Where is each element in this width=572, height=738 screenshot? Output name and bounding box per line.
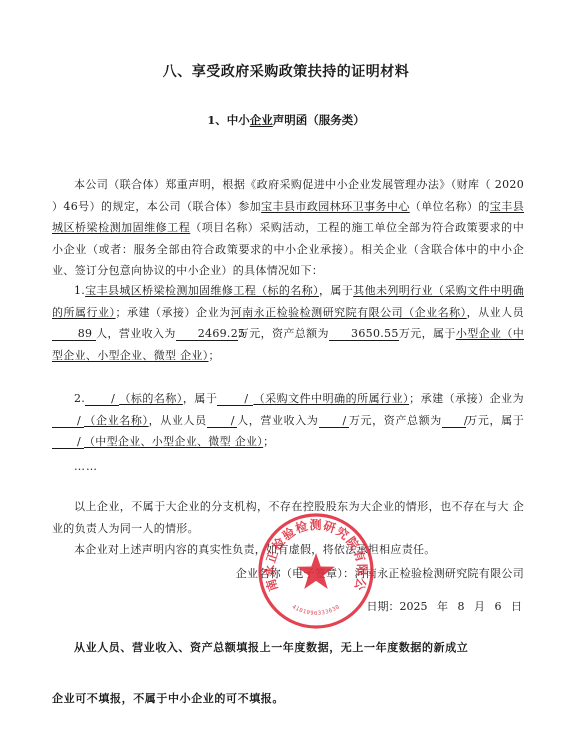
company-name: / [52,414,84,428]
company-name: 河南永正检验检测研究院有限公司（企业名称） [231,306,467,319]
enterprise-size: / [52,435,84,449]
staff-count: / [207,414,237,428]
unit-name: 宝丰县市政园林环卫事务中心 [261,200,410,213]
enterprise-item-2: 2./（标的名称），属于/（采购文件中明确的所属行业）；承建（承接）企业为/（企… [52,388,524,453]
statement-not-branch: 以上企业，不属于大企业的分支机构，不存在控股股东为大企业的情形，也不存在与大 企… [52,496,524,539]
company-label: （企业名称） [84,414,149,427]
revenue-value: 2469.25 [176,327,238,341]
intro-text-2: （单位名称）的 [410,200,490,213]
staff-count: 89 [52,327,96,341]
note-line-2: 企业可不填报，不属于中小企业的可不填报。 [52,690,284,706]
date-year: 2025 [400,600,428,613]
page-title: 八、享受政府采购政策扶持的证明材料 [0,61,572,81]
date-month: 8 [458,600,465,613]
industry: / [217,392,253,406]
month-unit: 月 [474,600,485,613]
text-end: ； [209,349,220,362]
assets-value: / [442,414,466,428]
text-staff: ，从业人员 [467,306,524,319]
revenue-value: / [319,414,349,428]
date-label: 日期： [367,600,400,613]
text-staff-unit: 人，营业收入为 [237,414,319,427]
text-belongs: ，属于 [319,284,353,297]
note-line-1: 从业人员、营业收入、资产总额填报上一年度数据，无上一年度数据的新成立 [74,639,468,655]
text-staff: ，从业人员 [149,414,207,427]
industry-label: （采购文件中明确的所属行业） [253,392,409,405]
bid-label: （标的名称） [119,392,183,405]
day-unit: 日 [511,600,522,613]
seal-number: 4101090333630 [291,604,341,617]
date-day: 6 [495,600,502,613]
signature-label: 企业名称（电子签章）： [236,567,355,580]
item-number: 1. [74,284,85,297]
intro-paragraph: 本公司（联合体）郑重声明，根据《政府采购促进中小企业发展管理办法》（财库（ 20… [52,174,524,282]
text-belongs: ，属于 [183,392,218,405]
text-revenue-unit: 万元，资产总额为 [349,414,442,427]
statement-responsibility: 本企业对上述声明内容的真实性负责，如有虚假，将依法承担相应责任。 [52,539,524,561]
item-number: 2. [74,392,85,405]
ellipsis: …… [74,460,98,473]
text-contractor: ；承建（承接）企业为 [116,306,231,319]
enterprise-item-1: 1.宝丰县城区桥梁检测加固维修工程（标的名称），属于其他未列明行业（采购文件中明… [52,280,524,366]
text-revenue-unit: 万元，资产总额为 [238,327,329,340]
subtitle-prefix: 1、中小 [207,113,250,127]
assets-value: 3650.55 [329,327,399,341]
section-subtitle: 1、中小企业声明函（服务类） [0,112,572,128]
text-end: ； [263,435,274,448]
bid-name: 宝丰县城区桥梁检测加固维修工程（标的名称） [85,284,319,297]
subtitle-suffix: 声明函（服务类） [273,113,365,127]
document-page: 八、享受政府采购政策扶持的证明材料 1、中小企业声明函（服务类） 本公司（联合体… [0,0,572,738]
size-label: （中型企业、小型企业、微型 企业） [84,435,263,448]
text-assets-unit: 万元，属于 [399,327,456,340]
text-staff-unit: 人，营业收入为 [96,327,176,340]
text-assets-unit: 万元，属于 [466,414,524,427]
date-line: 日期：2025 年 8 月 6 日 [367,598,523,614]
subtitle-underlined: 企业 [250,113,273,127]
svg-text:4101090333630: 4101090333630 [291,604,341,617]
text-contractor: ；承建（承接）企业为 [409,392,524,405]
bid-name: / [85,392,119,406]
year-unit: 年 [437,600,448,613]
signature-line: 企业名称（电子签章）：河南永正检验检测研究院有限公司 [236,565,524,581]
signature-company: 河南永正检验检测研究院有限公司 [355,567,525,580]
